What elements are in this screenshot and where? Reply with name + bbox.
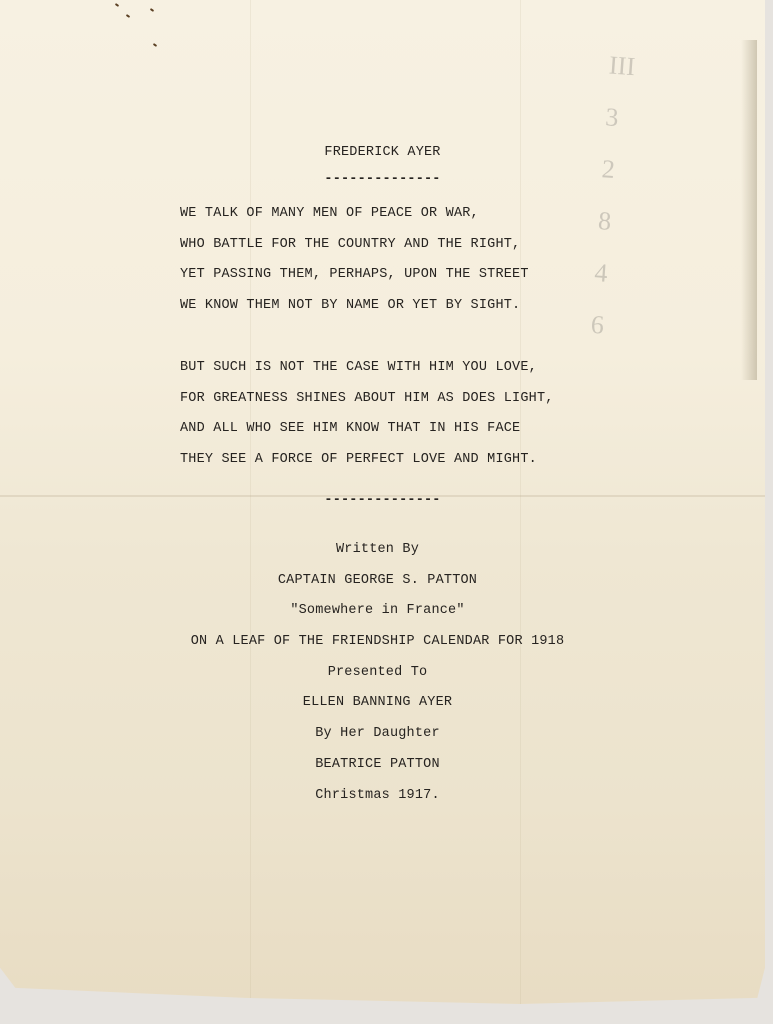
credit-giver: BEATRICE PATTON (0, 750, 755, 781)
poem-line: BUT SUCH IS NOT THE CASE WITH HIM YOU LO… (180, 353, 554, 384)
section-divider-rule: -------------- (0, 493, 765, 508)
credit-recipient: ELLEN BANNING AYER (0, 688, 755, 719)
credit-written-by: Written By (0, 535, 755, 566)
credit-date: Christmas 1917. (0, 781, 755, 812)
poem-line: AND ALL WHO SEE HIM KNOW THAT IN HIS FAC… (180, 414, 554, 445)
credit-location: "Somewhere in France" (0, 596, 755, 627)
title-underline-rule: -------------- (0, 172, 765, 187)
poem-line: FOR GREATNESS SHINES ABOUT HIM AS DOES L… (180, 384, 554, 415)
poem-line: WHO BATTLE FOR THE COUNTRY AND THE RIGHT… (180, 230, 529, 261)
margin-pencil-annotation: III 3 2 8 4 6 (589, 39, 637, 352)
paper-edge-shadow (741, 40, 757, 380)
credit-by-daughter: By Her Daughter (0, 719, 755, 750)
poem-line: WE TALK OF MANY MEN OF PEACE OR WAR, (180, 199, 529, 230)
poem-line: YET PASSING THEM, PERHAPS, UPON THE STRE… (180, 260, 529, 291)
credit-calendar-note: ON A LEAF OF THE FRIENDSHIP CALENDAR FOR… (0, 627, 755, 658)
credit-author: CAPTAIN GEORGE S. PATTON (0, 566, 755, 597)
poem-title: FREDERICK AYER (0, 145, 765, 160)
credit-presented-to: Presented To (0, 658, 755, 689)
stanza-2: BUT SUCH IS NOT THE CASE WITH HIM YOU LO… (180, 353, 554, 475)
stanza-1: WE TALK OF MANY MEN OF PEACE OR WAR, WHO… (180, 199, 529, 321)
poem-line: THEY SEE A FORCE OF PERFECT LOVE AND MIG… (180, 445, 554, 476)
poem-line: WE KNOW THEM NOT BY NAME OR YET BY SIGHT… (180, 291, 529, 322)
credits-block: Written By CAPTAIN GEORGE S. PATTON "Som… (0, 535, 755, 811)
paper-sheet: III 3 2 8 4 6 FREDERICK AYER -----------… (0, 0, 765, 1008)
